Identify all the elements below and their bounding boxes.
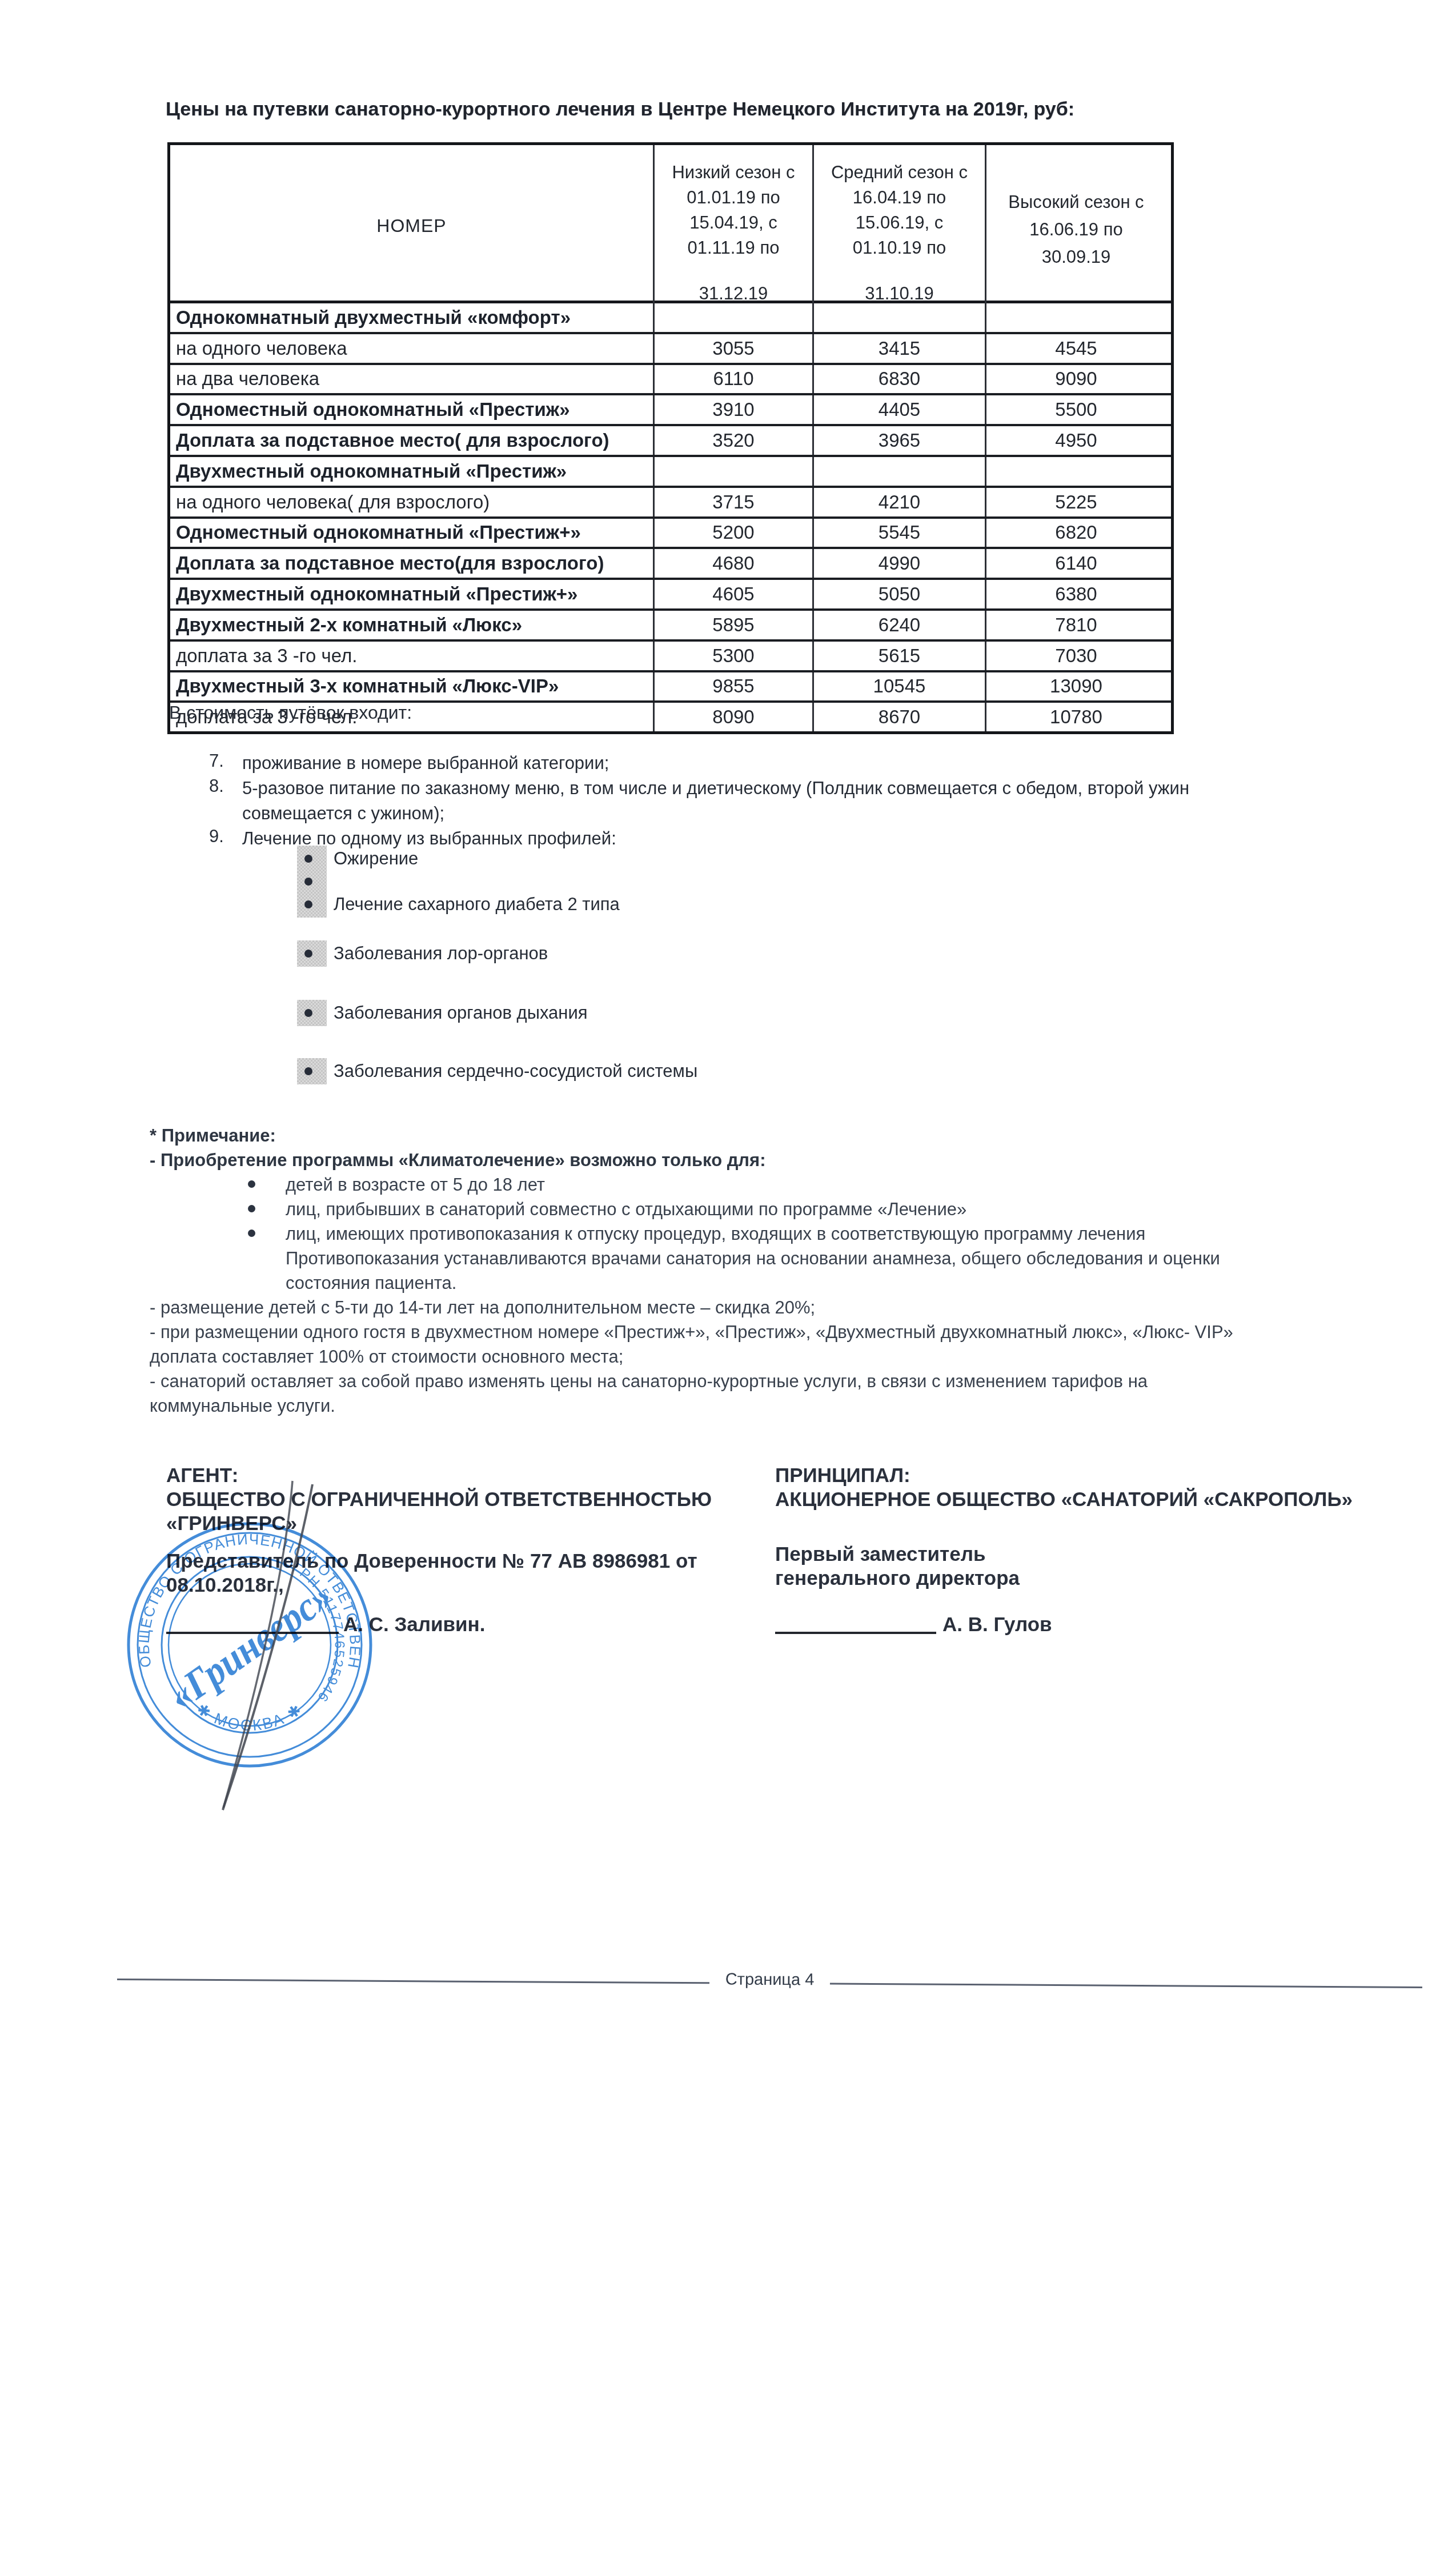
price-value: 9090 bbox=[986, 365, 1166, 394]
price-value bbox=[814, 457, 986, 486]
price-value bbox=[655, 303, 814, 332]
profile-item: Лечение сахарного диабета 2 типа bbox=[297, 893, 620, 916]
profile-items: ОжирениеЛечение сахарного диабета 2 типа bbox=[297, 846, 620, 918]
price-value: 4950 bbox=[986, 426, 1166, 455]
price-value: 8090 bbox=[655, 703, 814, 731]
table-row: Однокомнатный двухместный «комфорт» bbox=[170, 303, 1171, 332]
table-row: Одноместный однокомнатный «Престиж»39104… bbox=[170, 393, 1171, 424]
svg-text:✱ МОСКВА ✱: ✱ МОСКВА ✱ bbox=[194, 1700, 306, 1734]
profile-group: ОжирениеЛечение сахарного диабета 2 типа bbox=[297, 846, 620, 918]
price-value: 5050 bbox=[814, 580, 986, 608]
room-label: доплата за 3 -го чел. bbox=[170, 642, 655, 670]
item-number: 9. bbox=[209, 826, 242, 851]
room-label: на одного человека( для взрослого) bbox=[170, 488, 655, 516]
room-label: Доплата за подставное место(для взрослог… bbox=[170, 549, 655, 578]
profile-item bbox=[297, 870, 620, 893]
season-header-line: Низкий сезон с bbox=[672, 160, 795, 185]
price-value: 4545 bbox=[986, 334, 1166, 363]
price-value: 5615 bbox=[814, 642, 986, 670]
room-label: Доплата за подставное место( для взросло… bbox=[170, 426, 655, 455]
profile-items: Заболевания органов дыхания bbox=[297, 1000, 588, 1026]
season-header-line: 01.10.19 по bbox=[853, 235, 946, 261]
price-value: 5895 bbox=[655, 611, 814, 639]
price-value: 9855 bbox=[655, 672, 814, 701]
item-text-line: 5-разовое питание по заказному меню, в т… bbox=[242, 776, 1189, 801]
room-label: Однокомнатный двухместный «комфорт» bbox=[170, 303, 655, 332]
bullet-dot bbox=[304, 878, 312, 886]
room-label: Одноместный однокомнатный «Престиж» bbox=[170, 395, 655, 424]
bullet-dot bbox=[304, 950, 312, 958]
price-value bbox=[655, 457, 814, 486]
column-header-room: НОМЕР bbox=[170, 145, 655, 306]
note-line: лиц, прибывших в санаторий совместно с о… bbox=[150, 1197, 1233, 1222]
profile-items: Заболевания лор-органов bbox=[297, 940, 548, 967]
bullet-dot bbox=[304, 900, 312, 908]
price-value: 3055 bbox=[655, 334, 814, 363]
price-value: 3715 bbox=[655, 488, 814, 516]
page-footer: Страница 4 bbox=[117, 1970, 1422, 1997]
document-title: Цены на путевки санаторно-курортного леч… bbox=[166, 98, 1074, 121]
room-label: на два человека bbox=[170, 365, 655, 394]
profile-label: Лечение сахарного диабета 2 типа bbox=[334, 894, 620, 915]
table-row: Двухместный 3-х комнатный «Люкс-VIP»9855… bbox=[170, 670, 1171, 701]
table-row: Доплата за подставное место(для взрослог… bbox=[170, 547, 1171, 578]
profile-label: Заболевания органов дыхания bbox=[334, 1003, 588, 1023]
scanned-document-page: Цены на путевки санаторно-курортного леч… bbox=[0, 0, 1456, 2571]
note-line: лиц, имеющих противопоказания к отпуску … bbox=[150, 1222, 1233, 1246]
table-row: на одного человека305534154545 bbox=[170, 332, 1171, 363]
price-value: 4990 bbox=[814, 549, 986, 578]
bullet-dot bbox=[304, 1067, 312, 1075]
price-value: 3415 bbox=[814, 334, 986, 363]
note-line: коммунальные услуги. bbox=[150, 1393, 1233, 1418]
item-text-line: совмещается с ужином); bbox=[242, 801, 1189, 826]
price-value: 4405 bbox=[814, 395, 986, 424]
principal-role-label: ПРИНЦИПАЛ: bbox=[775, 1464, 1353, 1488]
footer-rule-left bbox=[117, 1979, 709, 1984]
table-row: на два человека611068309090 bbox=[170, 363, 1171, 394]
table-row: Одноместный однокомнатный «Престиж+»5200… bbox=[170, 516, 1171, 547]
note-text: детей в возрасте от 5 до 18 лет bbox=[286, 1175, 545, 1195]
principal-signer-name: А. В. Гулов bbox=[942, 1613, 1052, 1636]
note-line: доплата составляет 100% от стоимости осн… bbox=[150, 1344, 1233, 1369]
item-text: 5-разовое питание по заказному меню, в т… bbox=[242, 776, 1189, 826]
price-value bbox=[986, 303, 1166, 332]
stamp-city-text: ✱ МОСКВА ✱ bbox=[194, 1700, 306, 1734]
bullet-dot bbox=[248, 1205, 255, 1212]
company-stamp: ОБЩЕСТВО С ОГРАНИЧЕННОЙ ОТВЕТСТВЕННОСТЬЮ… bbox=[125, 1520, 374, 1769]
season-header: Высокий сезон с16.06.19 по30.09.19 bbox=[986, 145, 1166, 306]
table-row: Двухместный однокомнатный «Престиж» bbox=[170, 455, 1171, 486]
note-line: - Приобретение программы «Климатолечение… bbox=[150, 1148, 1233, 1172]
item-text: проживание в номере выбранной категории; bbox=[242, 751, 609, 776]
profile-group: Заболевания лор-органов bbox=[297, 940, 548, 967]
price-value: 5200 bbox=[655, 519, 814, 547]
price-value: 13090 bbox=[986, 672, 1166, 701]
principal-signature-line bbox=[775, 1632, 936, 1634]
numbered-item: 8.5-разовое питание по заказному меню, в… bbox=[209, 776, 1189, 826]
price-value: 6830 bbox=[814, 365, 986, 394]
profile-item: Заболевания органов дыхания bbox=[297, 1002, 588, 1024]
room-label: Двухместный 3-х комнатный «Люкс-VIP» bbox=[170, 672, 655, 701]
profile-label: Ожирение bbox=[334, 848, 418, 869]
price-value: 7810 bbox=[986, 611, 1166, 639]
table-row: Двухместный 2-х комнатный «Люкс»58956240… bbox=[170, 608, 1171, 639]
note-line: - размещение детей с 5-ти до 14-ти лет н… bbox=[150, 1295, 1233, 1320]
season-header-line: 30.09.19 bbox=[1042, 243, 1111, 271]
bullet-dot bbox=[248, 1230, 255, 1237]
price-value bbox=[986, 457, 1166, 486]
season-header-line: 15.06.19, с bbox=[856, 210, 943, 235]
price-value: 3965 bbox=[814, 426, 986, 455]
profile-label: Заболевания сердечно-сосудистой системы bbox=[334, 1061, 697, 1082]
price-value: 5225 bbox=[986, 488, 1166, 516]
profile-item: Заболевания сердечно-сосудистой системы bbox=[297, 1060, 697, 1083]
table-row: Доплата за подставное место( для взросло… bbox=[170, 424, 1171, 455]
price-value: 6110 bbox=[655, 365, 814, 394]
price-value: 6820 bbox=[986, 519, 1166, 547]
bullet-dot bbox=[304, 1009, 312, 1017]
page-number-label: Страница 4 bbox=[725, 1971, 815, 1990]
principal-title-line2: генерального директора bbox=[775, 1567, 1353, 1591]
note-line: состояния пациента. bbox=[150, 1271, 1233, 1295]
season-header-line: 16.04.19 по bbox=[853, 185, 946, 210]
season-header-line: 01.01.19 по bbox=[687, 185, 780, 210]
room-label: Одноместный однокомнатный «Престиж+» bbox=[170, 519, 655, 547]
profile-group: Заболевания органов дыхания bbox=[297, 1000, 588, 1026]
note-line: * Примечание: bbox=[150, 1123, 1233, 1148]
room-label: Двухместный однокомнатный «Престиж» bbox=[170, 457, 655, 486]
price-value: 3520 bbox=[655, 426, 814, 455]
table-header-row: НОМЕР Низкий сезон с01.01.19 по15.04.19,… bbox=[170, 145, 1171, 303]
price-value: 10780 bbox=[986, 703, 1166, 731]
item-text-line: проживание в номере выбранной категории; bbox=[242, 751, 609, 776]
season-header-line: 16.06.19 по bbox=[1029, 216, 1122, 243]
price-value: 6240 bbox=[814, 611, 986, 639]
price-table-body: Однокомнатный двухместный «комфорт»на од… bbox=[170, 303, 1171, 731]
item-number: 7. bbox=[209, 751, 242, 776]
price-value: 5300 bbox=[655, 642, 814, 670]
note-line: - при размещении одного гостя в двухмест… bbox=[150, 1320, 1233, 1344]
price-value: 7030 bbox=[986, 642, 1166, 670]
season-header-line: Высокий сезон с bbox=[1008, 189, 1144, 216]
season-header: Низкий сезон с01.01.19 по15.04.19, с01.1… bbox=[655, 145, 814, 306]
room-label: Двухместный однокомнатный «Престиж+» bbox=[170, 580, 655, 608]
table-row: на одного человека( для взрослого)371542… bbox=[170, 486, 1171, 516]
season-header-line: 31.12.19 bbox=[699, 281, 768, 306]
note-text: лиц, прибывших в санаторий совместно с о… bbox=[286, 1199, 966, 1219]
room-label: Двухместный 2-х комнатный «Люкс» bbox=[170, 611, 655, 639]
price-value: 10545 bbox=[814, 672, 986, 701]
principal-org: АКЦИОНЕРНОЕ ОБЩЕСТВО «САНАТОРИЙ «САКРОПО… bbox=[775, 1488, 1353, 1512]
numbered-item: 7.проживание в номере выбранной категори… bbox=[209, 751, 609, 776]
bullet-dot bbox=[304, 855, 312, 863]
profile-items: Заболевания сердечно-сосудистой системы bbox=[297, 1058, 697, 1084]
profile-item: Ожирение bbox=[297, 847, 620, 870]
footer-rule-right bbox=[830, 1983, 1422, 1988]
note-line: Противопоказания устанавливаются врачами… bbox=[150, 1246, 1233, 1271]
includes-intro: В стоимость путёвок входит: bbox=[169, 702, 412, 723]
price-value: 6380 bbox=[986, 580, 1166, 608]
stamp-center-text: «Гринверс» bbox=[160, 1573, 340, 1719]
price-value: 4680 bbox=[655, 549, 814, 578]
principal-title-line1: Первый заместитель bbox=[775, 1543, 1353, 1567]
season-header-line: Средний сезон с bbox=[831, 160, 968, 185]
season-header-line: 31.10.19 bbox=[865, 281, 934, 306]
price-value: 5500 bbox=[986, 395, 1166, 424]
price-table: НОМЕР Низкий сезон с01.01.19 по15.04.19,… bbox=[167, 142, 1174, 734]
price-value: 4605 bbox=[655, 580, 814, 608]
room-label: на одного человека bbox=[170, 334, 655, 363]
item-number: 8. bbox=[209, 776, 242, 826]
agent-org-line1: ОБЩЕСТВО С ОГРАНИЧЕННОЙ ОТВЕТСТВЕННОСТЬЮ bbox=[166, 1488, 712, 1512]
table-row: Двухместный однокомнатный «Престиж+»4605… bbox=[170, 578, 1171, 608]
price-value: 3910 bbox=[655, 395, 814, 424]
agent-role-label: АГЕНТ: bbox=[166, 1464, 712, 1488]
principal-block: ПРИНЦИПАЛ: АКЦИОНЕРНОЕ ОБЩЕСТВО «САНАТОР… bbox=[775, 1464, 1353, 1591]
note-line: детей в возрасте от 5 до 18 лет bbox=[150, 1172, 1233, 1197]
price-value: 5545 bbox=[814, 519, 986, 547]
season-header-line: 01.11.19 по bbox=[687, 235, 779, 261]
profile-item: Заболевания лор-органов bbox=[297, 942, 548, 965]
profile-group: Заболевания сердечно-сосудистой системы bbox=[297, 1058, 697, 1084]
bullet-dot bbox=[248, 1180, 255, 1188]
season-header: Средний сезон с16.04.19 по15.06.19, с01.… bbox=[814, 145, 986, 306]
notes-section: * Примечание:- Приобретение программы «К… bbox=[150, 1123, 1233, 1418]
table-row: доплата за 3 -го чел.530056157030 bbox=[170, 639, 1171, 670]
profile-label: Заболевания лор-органов bbox=[334, 943, 548, 964]
price-value: 4210 bbox=[814, 488, 986, 516]
price-value: 8670 bbox=[814, 703, 986, 731]
price-value: 6140 bbox=[986, 549, 1166, 578]
note-line: - санаторий оставляет за собой право изм… bbox=[150, 1369, 1233, 1393]
season-header-line: 15.04.19, с bbox=[689, 210, 777, 235]
price-value bbox=[814, 303, 986, 332]
note-text: лиц, имеющих противопоказания к отпуску … bbox=[286, 1224, 1145, 1244]
